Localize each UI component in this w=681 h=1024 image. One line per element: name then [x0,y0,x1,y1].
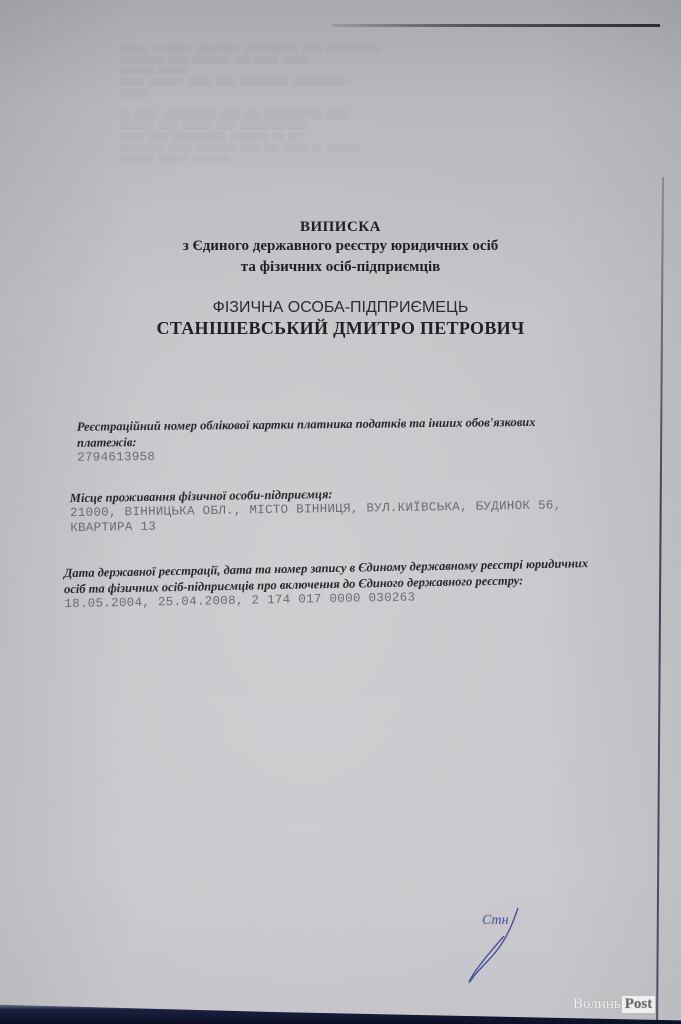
watermark-logo: Волинь Post [573,996,655,1013]
document-heading: ВИПИСКА [0,219,681,236]
entity-type: ФІЗИЧНА ОСОБА-ПІДПРИЄМЕЦЬ [0,299,681,317]
entity-name: СТАНІШЕВСЬКИЙ ДМИТРО ПЕТРОВИЧ [0,318,681,339]
watermark-brand-word: Волинь [573,996,621,1013]
section-residence: Місце проживання фізичної особи-підприєм… [70,482,601,536]
signature-icon: Стн [452,898,542,988]
watermark-brand-box: Post [622,996,656,1013]
previous-page-edge [332,24,660,27]
document-subheading-line2: та фізичних осіб-підприємців [0,259,681,276]
section-tax-number: Реєстраційний номер облікової картки пла… [77,413,597,465]
bleed-through-text: ▒▒▒▒▒▒ ▒▒▒▒▒▒▒▒ ▒▒▒▒▒▒▒▒▒ ▒▒▒▒▒▒▒▒▒▒▒ ▒▒… [120,44,590,165]
svg-text:Стн: Стн [482,913,509,928]
document-subheading-line1: з Єдиного державного реєстру юридичних о… [0,238,681,255]
